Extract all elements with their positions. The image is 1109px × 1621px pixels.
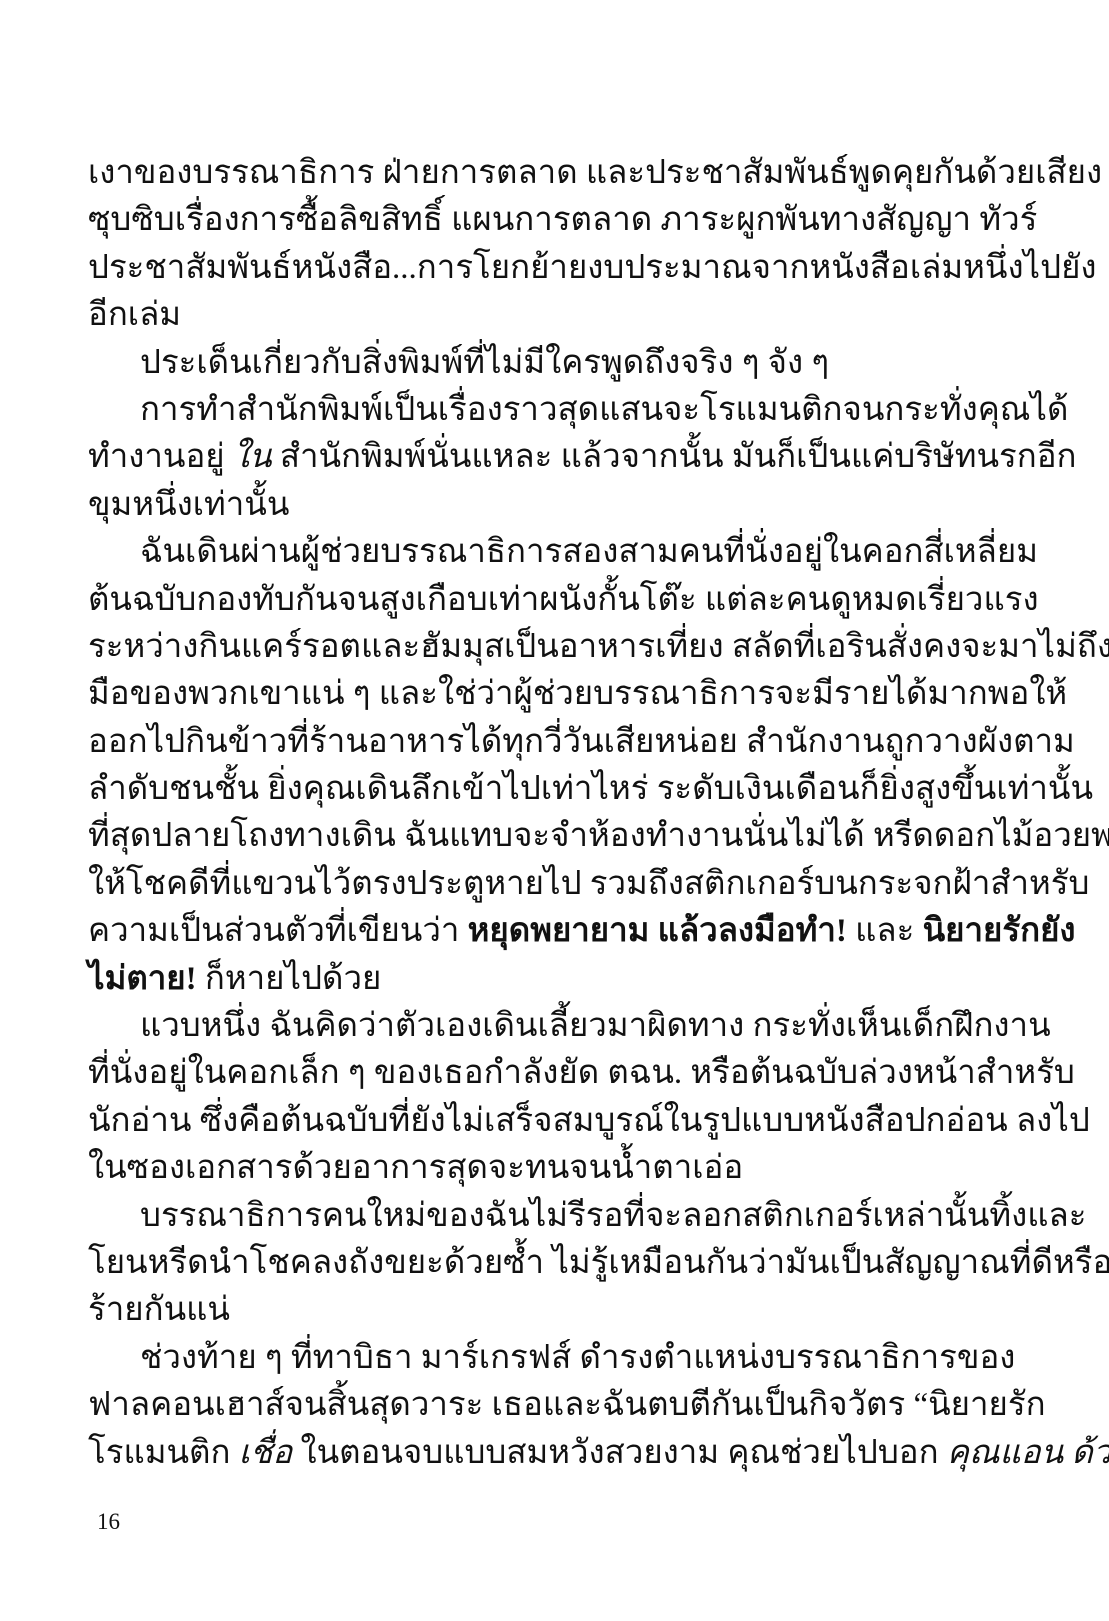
text-segment: เงาของบรรณาธิการ ฝ่ายการตลาด และประชาสัม… [88,155,1102,191]
text-segment: ให้โชคดีที่แขวนไว้ตรงประตูหายไป รวมถึงสต… [88,866,1089,902]
text-line: ซุบซิบเรื่องการซื้อลิขสิทธิ์ แผนการตลาด … [88,197,1024,244]
text-segment: โรแมนติก [88,1435,239,1471]
text-line: มือของพวกเขาแน่ ๆ และใช่ว่าผู้ช่วยบรรณาธ… [88,671,1024,718]
text-line: ร้ายกันแน่ [88,1287,1024,1334]
page-number: 16 [97,1508,120,1536]
text-segment: ระหว่างกินแคร์รอตและฮัมมุสเป็นอาหารเที่ย… [88,629,1109,665]
text-segment: ร้ายกันแน่ [88,1292,230,1328]
text-line: ความเป็นส่วนตัวที่เขียนว่า หยุดพยายาม แล… [88,908,1024,955]
text-segment: ฉันเดินผ่านผู้ช่วยบรรณาธิการสองสามคนที่น… [140,534,1038,570]
text-segment: ออกไปกินข้าวที่ร้านอาหารได้ทุกวี่วันเสีย… [88,724,1075,760]
text-segment: ที่นั่งอยู่ในคอกเล็ก ๆ ของเธอกำลังยัด ตฉ… [88,1055,1075,1091]
text-segment: ไม่ตาย! [88,961,197,997]
text-segment: ในซองเอกสารด้วยอาการสุดจะทนจนน้ำตาเอ่อ [88,1150,743,1186]
text-line: ประชาสัมพันธ์หนังสือ...การโยกย้ายงบประมา… [88,245,1024,292]
text-segment: และ [847,913,923,949]
text-segment: แวบหนึ่ง ฉันคิดว่าตัวเองเดินเลี้ยวมาผิดท… [140,1008,1051,1044]
text-line: บรรณาธิการคนใหม่ของฉันไม่รีรอที่จะลอกสติ… [88,1193,1024,1240]
text-segment: การทำสำนักพิมพ์เป็นเรื่องราวสุดแสนจะโรแม… [140,392,1068,428]
text-line: ช่วงท้าย ๆ ที่ทาบิธา มาร์เกรฟส์ ดำรงตำแห… [88,1335,1024,1382]
text-segment: ฟาลคอนเฮาส์จนสิ้นสุดวาระ เธอและฉันตบตีกั… [88,1387,1046,1423]
text-line: ในซองเอกสารด้วยอาการสุดจะทนจนน้ำตาเอ่อ [88,1145,1024,1192]
text-line: เงาของบรรณาธิการ ฝ่ายการตลาด และประชาสัม… [88,150,1024,197]
text-segment: ก็หายไปด้วย [197,961,382,997]
text-line: ประเด็นเกี่ยวกับสิ่งพิมพ์ที่ไม่มีใครพูดถ… [88,340,1024,387]
text-line: ฟาลคอนเฮาส์จนสิ้นสุดวาระ เธอและฉันตบตีกั… [88,1382,1024,1429]
text-segment: ซุบซิบเรื่องการซื้อลิขสิทธิ์ แผนการตลาด … [88,202,1037,238]
text-segment: ความเป็นส่วนตัวที่เขียนว่า [88,913,468,949]
text-segment: บรรณาธิการคนใหม่ของฉันไม่รีรอที่จะลอกสติ… [140,1198,1087,1234]
text-segment: ประเด็นเกี่ยวกับสิ่งพิมพ์ที่ไม่มีใครพูดถ… [140,345,829,381]
text-segment: ช่วงท้าย ๆ ที่ทาบิธา มาร์เกรฟส์ ดำรงตำแห… [140,1340,1015,1376]
text-segment: หยุดพยายาม แล้วลงมือทำ! [468,913,847,949]
text-segment: เชื่อ [239,1435,293,1471]
text-line: โรแมนติก เชื่อ ในตอนจบแบบสมหวังสวยงาม คุ… [88,1430,1024,1477]
text-segment: โยนหรีดนำโชคลงถังขยะด้วยซ้ำ ไม่รู้เหมือน… [88,1245,1109,1281]
text-segment: อีกเล่ม [88,297,181,333]
text-segment: มือของพวกเขาแน่ ๆ และใช่ว่าผู้ช่วยบรรณาธ… [88,676,1067,712]
text-segment: ที่สุดปลายโถงทางเดิน ฉันแทบจะจำห้องทำงาน… [88,818,1109,854]
text-line: ให้โชคดีที่แขวนไว้ตรงประตูหายไป รวมถึงสต… [88,861,1024,908]
text-line: ฉันเดินผ่านผู้ช่วยบรรณาธิการสองสามคนที่น… [88,529,1024,576]
text-line: ต้นฉบับกองทับกันจนสูงเกือบเท่าผนังกั้นโต… [88,577,1024,624]
text-line: ทำงานอยู่ ใน สำนักพิมพ์นั่นแหละ แล้วจากน… [88,434,1024,481]
text-segment: ขุมหนึ่งเท่านั้น [88,487,289,523]
text-segment: ประชาสัมพันธ์หนังสือ...การโยกย้ายงบประมา… [88,250,1097,286]
text-segment: ทำงานอยู่ [88,439,233,475]
text-block: เงาของบรรณาธิการ ฝ่ายการตลาด และประชาสัม… [88,150,1024,1477]
text-line: ออกไปกินข้าวที่ร้านอาหารได้ทุกวี่วันเสีย… [88,719,1024,766]
text-segment: ต้นฉบับกองทับกันจนสูงเกือบเท่าผนังกั้นโต… [88,582,1039,618]
text-line: แวบหนึ่ง ฉันคิดว่าตัวเองเดินเลี้ยวมาผิดท… [88,1003,1024,1050]
text-line: ขุมหนึ่งเท่านั้น [88,482,1024,529]
text-line: ระหว่างกินแคร์รอตและฮัมมุสเป็นอาหารเที่ย… [88,624,1024,671]
text-segment: นิยายรักยัง [923,913,1076,949]
text-line: ที่สุดปลายโถงทางเดิน ฉันแทบจะจำห้องทำงาน… [88,813,1024,860]
text-segment: ในตอนจบแบบสมหวังสวยงาม คุณช่วยไปบอก [292,1435,947,1471]
text-line: นักอ่าน ซึ่งคือต้นฉบับที่ยังไม่เสร็จสมบู… [88,1098,1024,1145]
text-segment: สำนักพิมพ์นั่นแหละ แล้วจากนั้น มันก็เป็น… [272,439,1077,475]
book-page: เงาของบรรณาธิการ ฝ่ายการตลาด และประชาสัม… [0,0,1109,1621]
text-line: ลำดับชนชั้น ยิ่งคุณเดินลึกเข้าไปเท่าไหร่… [88,766,1024,813]
text-line: การทำสำนักพิมพ์เป็นเรื่องราวสุดแสนจะโรแม… [88,387,1024,434]
text-segment: นักอ่าน ซึ่งคือต้นฉบับที่ยังไม่เสร็จสมบู… [88,1103,1090,1139]
text-segment: ลำดับชนชั้น ยิ่งคุณเดินลึกเข้าไปเท่าไหร่… [88,771,1093,807]
text-line: ไม่ตาย! ก็หายไปด้วย [88,956,1024,1003]
text-segment: ใน [233,439,272,475]
text-line: ที่นั่งอยู่ในคอกเล็ก ๆ ของเธอกำลังยัด ตฉ… [88,1050,1024,1097]
text-line: อีกเล่ม [88,292,1024,339]
text-line: โยนหรีดนำโชคลงถังขยะด้วยซ้ำ ไม่รู้เหมือน… [88,1240,1024,1287]
text-segment: คุณแอน ด้วย [947,1435,1109,1471]
